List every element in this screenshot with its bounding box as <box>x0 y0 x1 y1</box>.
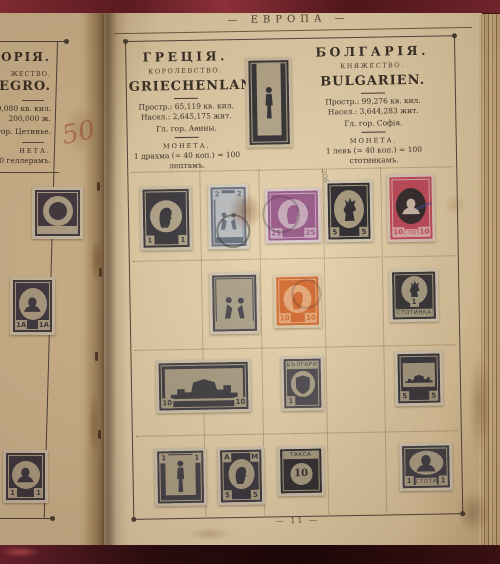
stamp-value: 1 <box>145 236 154 246</box>
divider <box>362 131 386 132</box>
divider <box>22 142 44 143</box>
greece-latin-name: GRIECHENLAND. <box>129 78 243 95</box>
stamp-value: 5 <box>330 227 339 237</box>
frame-corner-dot <box>64 39 69 44</box>
bulgaria-1-arms-stamp: БЪЛГАРИЯ 1 <box>281 356 325 412</box>
stamp-value: 1 <box>8 488 17 498</box>
bulgaria-info-block: БОЛГАРІЯ. КНЯЖЕСТВО. BULGARIEN. Простр.:… <box>294 42 452 166</box>
left-country-population: 200,000 ж. <box>8 114 51 123</box>
stamp-value: 1 <box>34 488 43 498</box>
wrestlers-icon <box>216 279 253 324</box>
stamp-value: 25 <box>305 228 317 238</box>
left-coin-line: = 100 геллерамъ. <box>0 156 51 165</box>
stamp-album-photo: НОГОРІЯ. ЖЕСТВО. TENEGRO. 9,080 кв. кил.… <box>0 0 500 564</box>
stamp-frame: 1 СТОТИНКА <box>392 272 436 320</box>
stamp-value: 5 <box>400 391 409 401</box>
frame-corner-dot <box>131 517 136 522</box>
stamp-value: 1 <box>409 297 418 307</box>
country-band: БЪЛГАРИЯ <box>287 361 318 370</box>
value-roundel: 10 <box>290 462 312 484</box>
stamp-value: 10 <box>234 397 246 407</box>
bulgaria-1-stotinka-portrait-stamp: 1 1 СТОТИНКИ <box>399 442 453 491</box>
stamp-frame: 1А 1А <box>13 280 52 332</box>
bulgaria-latin-name: BULGARIEN. <box>295 72 451 90</box>
currency-band: СТОТИНКИ <box>403 229 419 237</box>
left-country-title: НОГОРІЯ. <box>0 50 51 64</box>
greece-population: Насел.: 2,645,175 жит. <box>129 111 243 122</box>
bulgaria-title: БОЛГАРІЯ. <box>294 42 450 60</box>
divider <box>361 92 385 93</box>
stamp-frame: 10 10 <box>159 362 249 411</box>
mercury-figure-icon <box>165 455 196 496</box>
value-band <box>38 226 77 234</box>
bulgaria-5-lion-stamp: 5 5 <box>324 180 373 243</box>
frame-corner-dot <box>50 516 55 521</box>
left-frame-bottom <box>0 518 53 519</box>
stamp-value: 10 <box>419 227 431 237</box>
numeral-medallion-icon <box>43 196 73 226</box>
stamp-value: 5 <box>223 490 232 500</box>
stamp-frame: 1 1 <box>157 451 204 504</box>
stamp-frame: 5 5 <box>327 183 370 240</box>
album-frame: ГРЕЦІЯ. КОРОЛЕВСТВО. GRIECHENLAND. Прост… <box>125 35 463 520</box>
landscape-view-icon <box>403 362 435 387</box>
stamp-frame: А М 5 5 <box>220 450 262 503</box>
currency-band: СТОТИНКА <box>396 309 433 318</box>
lion-arms-icon <box>334 190 365 229</box>
stamp-value: 1А <box>38 320 50 330</box>
stamp-value: 5 <box>359 227 368 237</box>
stamp-value: 2 <box>235 189 244 199</box>
stamp-value: 1 <box>178 235 187 245</box>
bulgaria-10-stotinki-red-stamp: 10 10 СТОТИНКИ <box>386 174 435 243</box>
stamp-frame <box>212 275 257 332</box>
stamp-frame: 10 10 СТОТИНКИ <box>389 177 432 240</box>
left-country-area: 9,080 кв. кил. <box>0 104 51 113</box>
frame-corner-dot <box>123 39 128 44</box>
binding-stitch <box>99 268 102 277</box>
postmark-icon <box>291 279 322 310</box>
stamp-value: 1 <box>192 453 201 463</box>
stamp-frame: 1 1 СТОТИНКИ <box>402 445 450 488</box>
ferdinand-portrait-icon <box>409 450 443 475</box>
value-band <box>216 321 254 330</box>
greece-1-lepton-stamp: 1 1 <box>140 186 193 251</box>
stamp-value: 1 <box>286 396 295 406</box>
bulgaria-1-stotinka-lion-stamp: 1 СТОТИНКА <box>389 269 439 323</box>
stamp-value: 10 <box>161 398 173 408</box>
acropolis-view-icon <box>164 368 243 401</box>
stamp-value: 2 <box>213 189 222 199</box>
stamp-value: 10 <box>305 313 317 323</box>
greece-capital: Гл. гор. Аѳины. <box>129 123 243 134</box>
greece-olympic-panorama-stamp: 10 10 <box>156 359 252 414</box>
stamp-frame <box>248 60 289 145</box>
greece-olympic-wrestlers-stamp <box>209 272 260 335</box>
binding-stitch <box>98 430 101 439</box>
greece-25-lepta-stamp: 25 25 <box>265 188 322 244</box>
bulgaria-5-view-stamp: 5 5 <box>394 350 443 406</box>
greece-statue-stamp <box>245 57 293 148</box>
greece-5-athena-stamp: А М 5 5 <box>217 447 265 506</box>
bulgaria-population: Насел.: 3,644,283 жит. <box>295 105 451 117</box>
greece-2-lepta-stamp: 2 2 <box>207 184 249 250</box>
currency-band: СТОТИНКИ <box>416 478 437 486</box>
portrait-icon <box>12 461 40 489</box>
left-country-capital: гор. Цетинье. <box>0 127 51 136</box>
stamp-frame: 1 1 <box>143 189 190 248</box>
divider <box>174 98 198 99</box>
stamp-value: 1 <box>159 453 168 463</box>
grid-line <box>136 430 458 437</box>
athena-head-icon <box>228 459 255 489</box>
stamp-frame: 5 5 <box>397 354 440 404</box>
postmark-icon <box>216 214 251 249</box>
grid-line <box>133 255 455 262</box>
binding-stitch <box>97 182 100 191</box>
bulgaria-coin-line2: стотинкамъ. <box>296 154 452 166</box>
hermes-head-icon <box>150 200 183 233</box>
stamp-frame <box>35 190 80 236</box>
grid-line <box>134 344 456 351</box>
right-page-content: — ЕВРОПА — ГРЕЦІЯ. КОРОЛЕВСТВО. GRIECHEN… <box>103 0 493 555</box>
taxa-band: ТАКСА <box>283 451 318 460</box>
stamp-frame: 2 2 <box>211 187 247 247</box>
stamp-frame: БЪЛГАРИЯ 1 <box>284 359 322 409</box>
stamp-value: 1 <box>439 475 448 485</box>
montenegro-prince-stamp: 1 1 <box>3 450 48 503</box>
bulgaria-postage-due-10-stamp: ТАКСА 10 <box>277 446 325 497</box>
greece-subtitle: КОРОЛЕВСТВО. <box>128 66 242 76</box>
left-country-subtitle: ЖЕСТВО. <box>10 70 51 78</box>
greece-info-block: ГРЕЦІЯ. КОРОЛЕВСТВО. GRIECHENLAND. Прост… <box>128 48 244 171</box>
divider <box>22 100 44 101</box>
statue-icon <box>256 64 281 136</box>
stamp-value: 10 <box>279 313 291 323</box>
section-rule <box>0 172 59 173</box>
binding-stitch <box>95 352 98 361</box>
greece-title: ГРЕЦІЯ. <box>128 48 242 65</box>
stamp-value: 1А <box>15 320 27 330</box>
stamp-frame: 25 25 <box>268 191 319 241</box>
montenegro-portrait-stamp: 1А 1А <box>10 277 55 335</box>
stamp-value: 5 <box>251 490 260 500</box>
montenegro-numeral-stamp <box>32 187 83 239</box>
stamp-frame: ТАКСА 10 <box>280 449 322 494</box>
bulgaria-subtitle: КНЯЖЕСТВО. <box>294 60 450 71</box>
frame-corner-dot <box>460 511 465 516</box>
book-cover-top <box>0 0 500 13</box>
coat-of-arms-icon <box>290 371 314 397</box>
stamp-frame: 10 10 <box>276 277 319 326</box>
stamp-frame: 1 1 <box>6 453 45 500</box>
continent-header: — ЕВРОПА — <box>125 11 453 28</box>
greece-10-lepta-orange-stamp: 10 10 <box>273 274 322 329</box>
stamp-value: 5 <box>429 391 438 401</box>
left-coin-heading: НЕТА. <box>19 147 51 155</box>
stamp-value: 1 <box>405 476 414 486</box>
book-cover-glint <box>0 546 40 558</box>
bulgaria-capital: Гл. гор. Софія. <box>295 117 451 129</box>
portrait-icon <box>19 288 47 320</box>
stamp-letter: М <box>250 452 259 462</box>
frame-corner-dot <box>452 33 457 38</box>
divider <box>175 137 199 138</box>
center-disc-icon <box>49 202 67 220</box>
stamp-letter: А <box>222 452 231 462</box>
greece-1-mercury-stamp: 1 1 <box>154 448 207 507</box>
left-country-latin: TENEGRO. <box>0 79 51 94</box>
header-rule <box>114 27 472 34</box>
book-cover-bottom <box>0 545 500 564</box>
stamp-value: 10 <box>294 468 308 479</box>
